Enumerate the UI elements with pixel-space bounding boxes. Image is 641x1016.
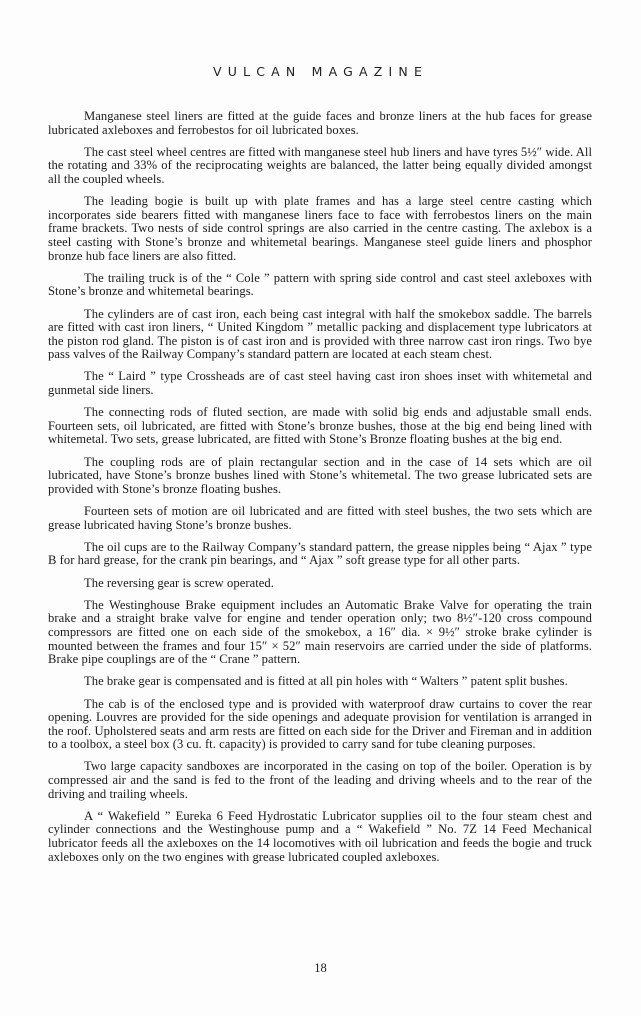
- body-text: Manganese steel liners are fitted at the…: [48, 110, 592, 873]
- page-number: 18: [0, 961, 641, 976]
- paragraph: The cab is of the enclosed type and is p…: [48, 698, 592, 752]
- paragraph: The leading bogie is built up with plate…: [48, 195, 592, 263]
- paragraph: The reversing gear is screw operated.: [48, 577, 592, 591]
- paragraph: The cylinders are of cast iron, each bei…: [48, 308, 592, 362]
- paragraph: The trailing truck is of the “ Cole ” pa…: [48, 272, 592, 299]
- document-page: VULCAN MAGAZINE Manganese steel liners a…: [0, 0, 641, 1016]
- paragraph: Fourteen sets of motion are oil lubricat…: [48, 505, 592, 532]
- paragraph: The oil cups are to the Railway Company’…: [48, 541, 592, 568]
- paragraph: Manganese steel liners are fitted at the…: [48, 110, 592, 137]
- paragraph: Two large capacity sandboxes are incorpo…: [48, 760, 592, 801]
- paragraph: The Westinghouse Brake equipment include…: [48, 599, 592, 667]
- paragraph: The “ Laird ” type Crossheads are of cas…: [48, 370, 592, 397]
- paragraph: A “ Wakefield ” Eureka 6 Feed Hydrostati…: [48, 810, 592, 864]
- paragraph: The brake gear is compensated and is fit…: [48, 675, 592, 689]
- paragraph: The connecting rods of fluted section, a…: [48, 406, 592, 447]
- paragraph: The coupling rods are of plain rectangul…: [48, 456, 592, 497]
- paragraph: The cast steel wheel centres are fitted …: [48, 146, 592, 187]
- running-head-title: VULCAN MAGAZINE: [0, 64, 641, 79]
